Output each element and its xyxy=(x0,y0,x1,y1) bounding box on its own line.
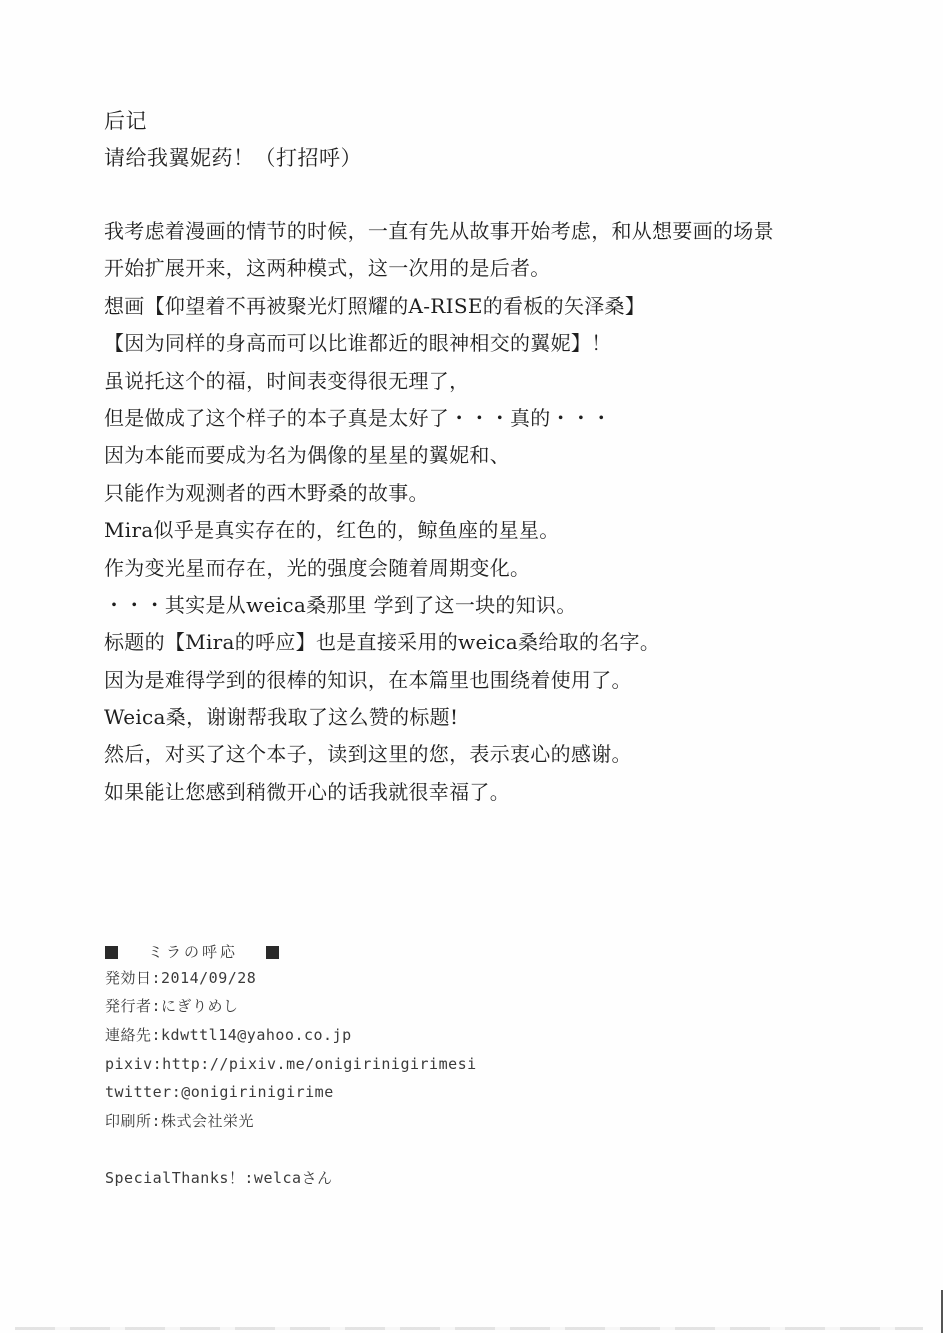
printer: 印刷所:株式会社栄光 xyxy=(105,1110,477,1139)
body-line: 因为本能而要成为名为偶像的星星的翼妮和、 xyxy=(104,440,864,477)
afterword-body: 我考虑着漫画的情节的时候，一直有先从故事开始考虑，和从想要画的场景 开始扩展开来… xyxy=(104,216,864,814)
body-line: 但是做成了这个样子的本子真是太好了・・・真的・・・ xyxy=(104,403,864,440)
pixiv-link: pixiv:http://pixiv.me/onigirinigirimesi xyxy=(105,1053,477,1082)
body-line: 【因为同样的身高而可以比谁都近的眼神相交的翼妮】！ xyxy=(104,328,864,365)
body-line: 因为是难得学到的很棒的知识，在本篇里也围绕着使用了。 xyxy=(104,665,864,702)
body-line: 如果能让您感到稍微开心的话我就很幸福了。 xyxy=(104,777,864,814)
body-line: 想画【仰望着不再被聚光灯照耀的A-RISE的看板的矢泽桑】 xyxy=(104,291,864,328)
issue-date: 発効日:2014/09/28 xyxy=(105,967,477,996)
body-line: 虽说托这个的福，时间表变得很无理了， xyxy=(104,366,864,403)
publisher: 発行者:にぎりめし xyxy=(105,995,477,1024)
special-thanks: SpecialThanks！:welcaさん xyxy=(105,1167,333,1188)
body-line: 开始扩展开来，这两种模式，这一次用的是后者。 xyxy=(104,253,864,290)
scanned-page: 后记 请给我翼妮药！（打招呼） 我考虑着漫画的情节的时候，一直有先从故事开始考虑… xyxy=(0,0,943,1333)
black-square-icon xyxy=(266,946,279,959)
book-title: ミラの呼応 xyxy=(148,941,238,963)
colophon-title: ミラの呼応 xyxy=(105,938,477,967)
afterword-title: 后记 xyxy=(104,106,147,136)
body-line: Weica桑，谢谢帮我取了这么赞的标题! xyxy=(104,702,864,739)
body-line: 标题的【Mira的呼应】也是直接采用的weica桑给取的名字。 xyxy=(104,627,864,664)
body-line: 我考虑着漫画的情节的时候，一直有先从故事开始考虑，和从想要画的场景 xyxy=(104,216,864,253)
scan-bottom-edge xyxy=(15,1327,923,1330)
colophon: ミラの呼応 発効日:2014/09/28 発行者:にぎりめし 連絡先:kdwtt… xyxy=(105,938,477,1139)
body-line: 作为变光星而存在，光的强度会随着周期变化。 xyxy=(104,553,864,590)
greeting-line: 请给我翼妮药！（打招呼） xyxy=(104,143,362,173)
body-line: 然后，对买了这个本子，读到这里的您，表示衷心的感谢。 xyxy=(104,739,864,776)
black-square-icon xyxy=(105,946,118,959)
body-line: 只能作为观测者的西木野桑的故事。 xyxy=(104,478,864,515)
contact-email: 連絡先:kdwttl14@yahoo.co.jp xyxy=(105,1024,477,1053)
twitter-handle: twitter:@onigirinigirime xyxy=(105,1081,477,1110)
body-line: Mira似乎是真实存在的，红色的，鲸鱼座的星星。 xyxy=(104,515,864,552)
body-line: ・・・其实是从weica桑那里 学到了这一块的知识。 xyxy=(104,590,864,627)
